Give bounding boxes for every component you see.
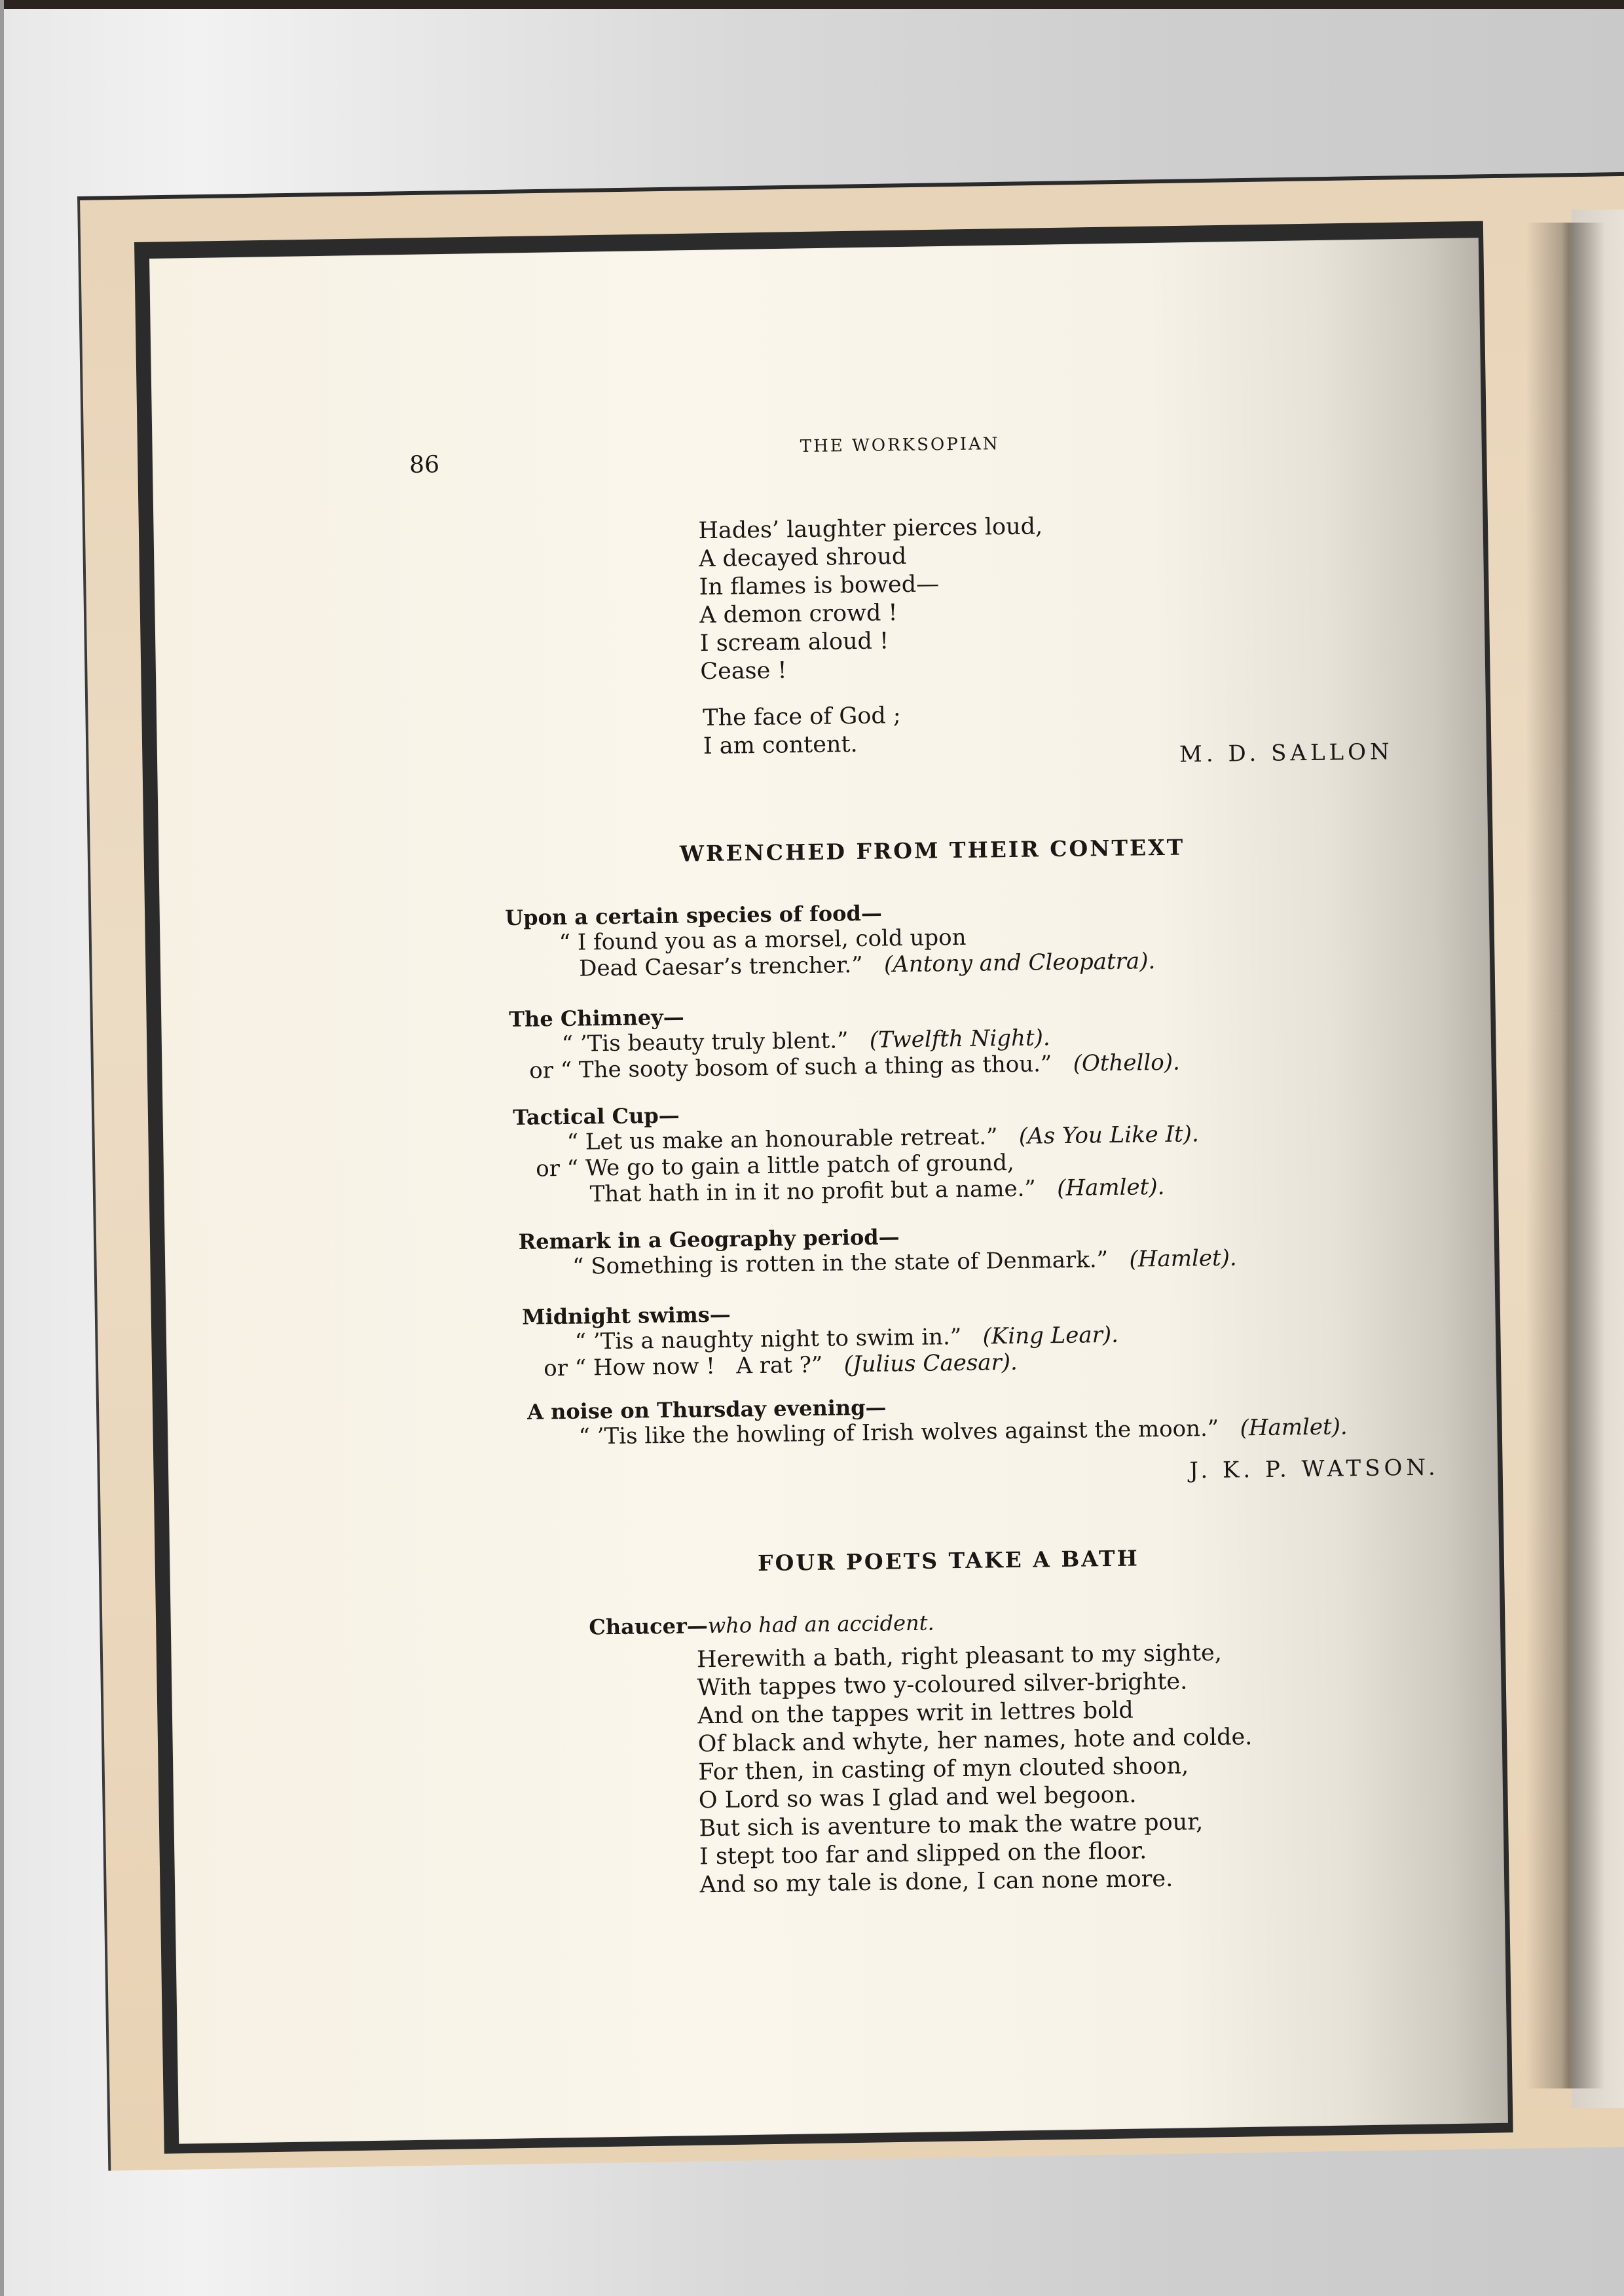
- author-signature: J. K. P. WATSON.: [1189, 1454, 1439, 1484]
- entry-geography: Remark in a Geography period— “ Somethin…: [518, 1220, 1236, 1281]
- quote-text: “ How now ! A rat ?”: [574, 1352, 822, 1381]
- play-reference: (Hamlet).: [1129, 1245, 1237, 1273]
- verse-line: The face of God ;: [703, 702, 901, 733]
- entry-midnight-swims: Midnight swims— “ ’Tis a naughty night t…: [522, 1297, 1119, 1382]
- page-content: 86 THE WORKSOPIAN Hades’ laughter pierce…: [0, 0, 1624, 2296]
- play-reference: (Julius Caesar).: [843, 1349, 1018, 1377]
- verse-line: Hades’ laughter pierces loud,: [698, 513, 1043, 545]
- quote-text: “ ’Tis beauty truly blent.”: [561, 1027, 848, 1057]
- play-reference: (King Lear).: [982, 1322, 1118, 1350]
- chaucer-verse: Herewith a bath, right pleasant to my si…: [697, 1639, 1255, 1899]
- play-reference: (As You Like It).: [1019, 1121, 1199, 1150]
- poet-heading: Chaucer—who had an accident.: [589, 1611, 934, 1640]
- poem-stanza-2: The face of God ; I am content.: [703, 702, 902, 761]
- entry-chimney: The Chimney— “ ’Tis beauty truly blent.”…: [509, 998, 1180, 1084]
- entry-tactical-cup: Tactical Cup— “ Let us make an honourabl…: [513, 1096, 1200, 1209]
- section-title: FOUR POETS TAKE A BATH: [758, 1545, 1139, 1576]
- running-head: THE WORKSOPIAN: [800, 434, 1000, 456]
- section-title: WRENCHED FROM THEIR CONTEXT: [680, 834, 1185, 866]
- verse-line: I am content.: [703, 730, 902, 761]
- quote-text: Dead Caesar’s trencher.”: [579, 952, 863, 982]
- page-number: 86: [409, 451, 439, 479]
- verse-line: I scream aloud !: [699, 625, 1044, 658]
- quote-text: That hath in in it no profit but a name.…: [589, 1176, 1036, 1208]
- poet-name: Chaucer—: [589, 1613, 708, 1639]
- play-reference: (Antony and Cleopatra).: [884, 948, 1156, 977]
- verse-line: A demon crowd !: [699, 597, 1044, 630]
- play-reference: (Twelfth Night).: [870, 1025, 1050, 1053]
- play-reference: (Hamlet).: [1057, 1174, 1165, 1201]
- entry-food: Upon a certain species of food— “ I foun…: [505, 897, 1156, 983]
- poet-subtitle: who had an accident.: [708, 1611, 934, 1639]
- alternative-prefix: or: [529, 1057, 553, 1084]
- play-reference: (Othello).: [1073, 1049, 1180, 1077]
- play-reference: (Hamlet).: [1240, 1413, 1348, 1441]
- verse-line: A decayed shroud: [699, 541, 1043, 574]
- quote-text: “ The sooty bosom of such a thing as tho…: [561, 1051, 1052, 1084]
- author-signature: M. D. SALLON: [1179, 738, 1393, 767]
- entry-thursday-noise: A noise on Thursday evening— “ ’Tis like…: [527, 1389, 1348, 1450]
- alternative-prefix: or: [544, 1355, 568, 1381]
- verse-line: In flames is bowed—: [699, 569, 1043, 602]
- poem-stanza-1: Hades’ laughter pierces loud, A decayed …: [698, 513, 1044, 686]
- alternative-prefix: or: [536, 1156, 560, 1182]
- verse-line: Cease !: [700, 653, 1044, 686]
